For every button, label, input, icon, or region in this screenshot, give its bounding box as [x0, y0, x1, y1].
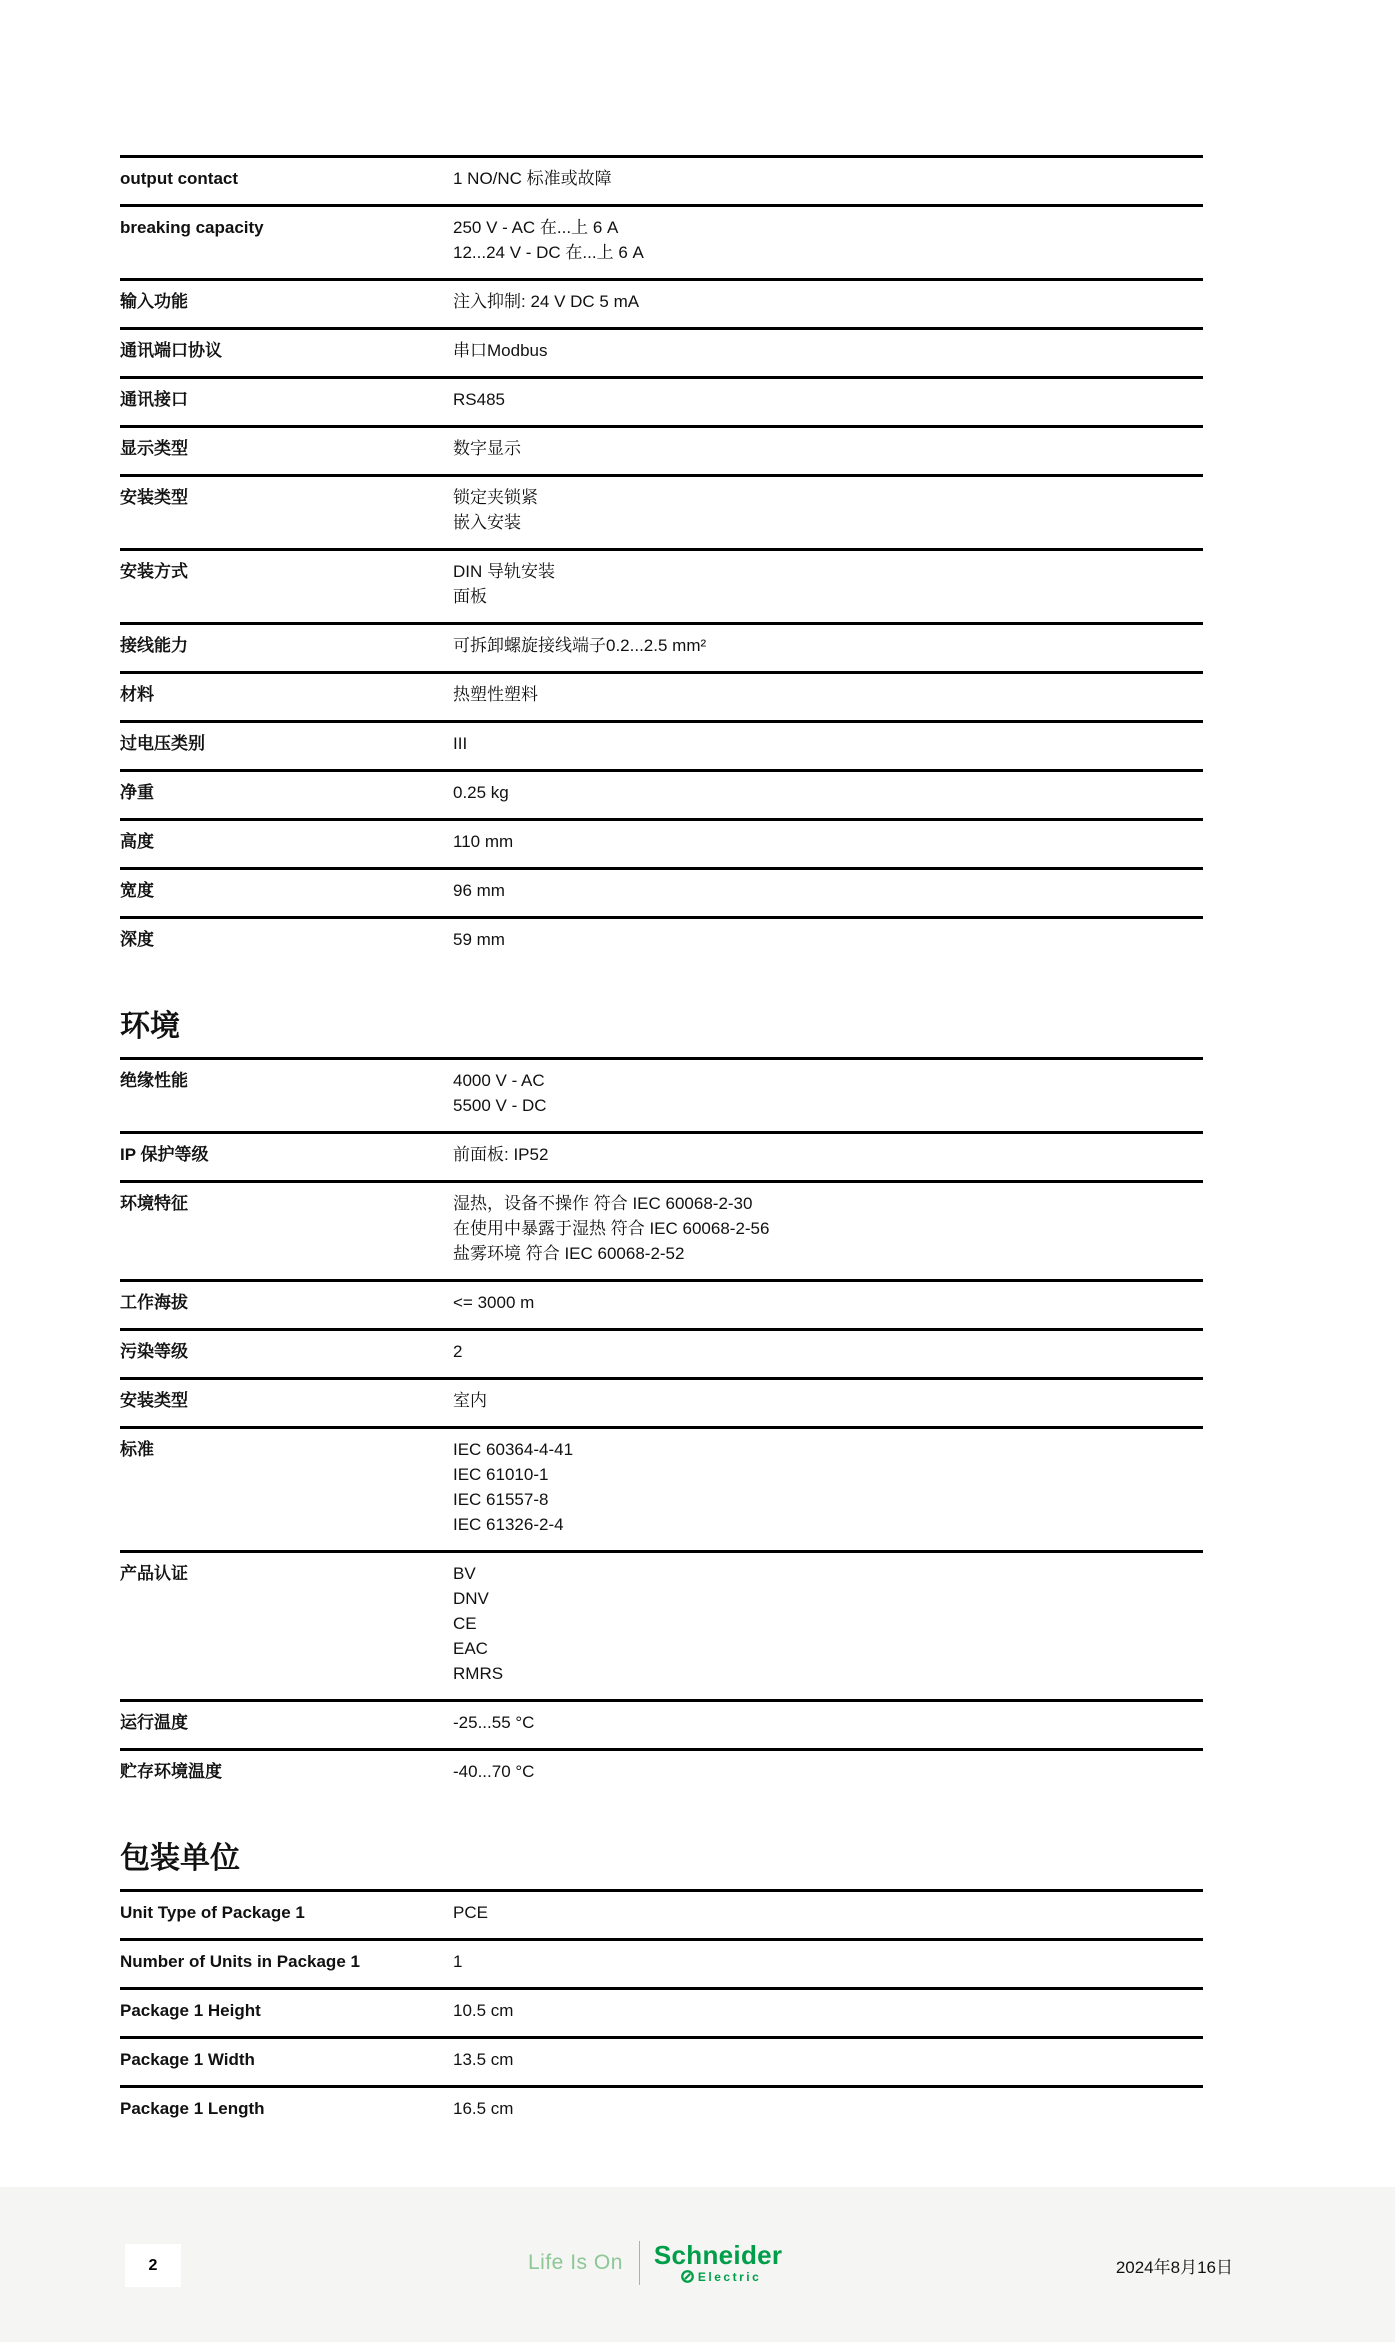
spec-label: 通讯接口: [120, 387, 453, 412]
spec-value: -40...70 °C: [453, 1759, 1203, 1784]
spec-values: 2: [453, 1339, 1203, 1364]
spec-value: 热塑性塑料: [453, 682, 1203, 707]
spec-label: 过电压类别: [120, 731, 453, 756]
spec-value: IEC 61010-1: [453, 1462, 1203, 1487]
spec-value: 注入抑制: 24 V DC 5 mA: [453, 289, 1203, 314]
spec-value: 锁定夹锁紧: [453, 485, 1203, 510]
life-is-on-tagline: Life Is On: [528, 2251, 623, 2275]
spec-label: IP 保护等级: [120, 1142, 453, 1167]
spec-row: Package 1 Height10.5 cm: [120, 1990, 1203, 2039]
spec-label: 输入功能: [120, 289, 453, 314]
spec-label: 标准: [120, 1437, 453, 1462]
spec-values: 13.5 cm: [453, 2047, 1203, 2072]
spec-values: 串口Modbus: [453, 338, 1203, 363]
spec-value: 5500 V - DC: [453, 1093, 1203, 1118]
spec-values: 10.5 cm: [453, 1998, 1203, 2023]
spec-label: Package 1 Length: [120, 2096, 453, 2121]
spec-value: 110 mm: [453, 829, 1203, 854]
spec-values: 室内: [453, 1388, 1203, 1413]
page-footer: 2 Life Is On Schneider Electric 2024年8月1…: [0, 2187, 1395, 2342]
spec-row: 通讯接口RS485: [120, 379, 1203, 428]
spec-row: Unit Type of Package 1PCE: [120, 1892, 1203, 1941]
datasheet-page: { "page": { "number": "2", "date": "2024…: [0, 0, 1395, 2342]
spec-value: 1 NO/NC 标准或故障: [453, 166, 1203, 191]
spec-values: <= 3000 m: [453, 1290, 1203, 1315]
page-number: 2: [149, 2257, 158, 2275]
spec-value: BV: [453, 1561, 1203, 1586]
section-heading: 环境: [120, 1009, 1203, 1045]
spec-values: 数字显示: [453, 436, 1203, 461]
spec-value: 250 V - AC 在...上 6 A: [453, 215, 1203, 240]
spec-label: 宽度: [120, 878, 453, 903]
spec-sections: output contact1 NO/NC 标准或故障breaking capa…: [120, 155, 1203, 2134]
spec-label: 高度: [120, 829, 453, 854]
spec-value: 2: [453, 1339, 1203, 1364]
spec-row: 安装类型锁定夹锁紧嵌入安装: [120, 477, 1203, 551]
spec-label: 污染等级: [120, 1339, 453, 1364]
spec-row: 深度59 mm: [120, 919, 1203, 965]
schneider-logo: Life Is On Schneider Electric: [528, 2239, 782, 2287]
spec-value: 1: [453, 1949, 1203, 1974]
spec-label: 产品认证: [120, 1561, 453, 1586]
spec-row: 输入功能注入抑制: 24 V DC 5 mA: [120, 281, 1203, 330]
spec-row: 污染等级2: [120, 1331, 1203, 1380]
page-number-badge: 2: [125, 2244, 181, 2287]
spec-row: 运行温度-25...55 °C: [120, 1702, 1203, 1751]
spec-row: Number of Units in Package 11: [120, 1941, 1203, 1990]
spec-label: 接线能力: [120, 633, 453, 658]
spec-label: breaking capacity: [120, 215, 453, 240]
spec-row: 标准IEC 60364-4-41IEC 61010-1IEC 61557-8IE…: [120, 1429, 1203, 1553]
spec-value: 前面板: IP52: [453, 1142, 1203, 1167]
spec-label: 绝缘性能: [120, 1068, 453, 1093]
spec-row: 贮存环境温度-40...70 °C: [120, 1751, 1203, 1797]
spec-values: 4000 V - AC5500 V - DC: [453, 1068, 1203, 1118]
spec-value: IEC 61557-8: [453, 1487, 1203, 1512]
spec-values: BVDNVCEEACRMRS: [453, 1561, 1203, 1686]
spec-table: 绝缘性能4000 V - AC5500 V - DCIP 保护等级前面板: IP…: [120, 1057, 1203, 1797]
spec-value: III: [453, 731, 1203, 756]
spec-values: 热塑性塑料: [453, 682, 1203, 707]
spec-label: 安装类型: [120, 485, 453, 510]
spec-row: 安装方式DIN 导轨安装面板: [120, 551, 1203, 625]
spec-label: 深度: [120, 927, 453, 952]
spec-values: PCE: [453, 1900, 1203, 1925]
spec-row: 工作海拔<= 3000 m: [120, 1282, 1203, 1331]
spec-row: 接线能力可拆卸螺旋接线端子0.2...2.5 mm²: [120, 625, 1203, 674]
spec-value: -25...55 °C: [453, 1710, 1203, 1735]
spec-row: 宽度96 mm: [120, 870, 1203, 919]
spec-row: 环境特征湿热，设备不操作 符合 IEC 60068-2-30在使用中暴露于湿热 …: [120, 1183, 1203, 1282]
spec-label: 净重: [120, 780, 453, 805]
brand-subline: Electric: [680, 2269, 761, 2284]
spec-value: 盐雾环境 符合 IEC 60068-2-52: [453, 1241, 1203, 1266]
spec-value: DNV: [453, 1586, 1203, 1611]
brand-sub: Electric: [698, 2271, 761, 2283]
spec-value: <= 3000 m: [453, 1290, 1203, 1315]
spec-label: 环境特征: [120, 1191, 453, 1216]
spec-label: Package 1 Width: [120, 2047, 453, 2072]
spec-value: EAC: [453, 1636, 1203, 1661]
spec-values: 59 mm: [453, 927, 1203, 952]
document-date: 2024年8月16日: [1116, 2253, 1233, 2278]
spec-values: 1 NO/NC 标准或故障: [453, 166, 1203, 191]
spec-value: 串口Modbus: [453, 338, 1203, 363]
spec-value: 16.5 cm: [453, 2096, 1203, 2121]
spec-value: IEC 61326-2-4: [453, 1512, 1203, 1537]
spec-value: 室内: [453, 1388, 1203, 1413]
spec-row: output contact1 NO/NC 标准或故障: [120, 158, 1203, 207]
section-heading: 包装单位: [120, 1841, 1203, 1877]
spec-values: -25...55 °C: [453, 1710, 1203, 1735]
spec-values: 注入抑制: 24 V DC 5 mA: [453, 289, 1203, 314]
spec-label: output contact: [120, 166, 453, 191]
schneider-helix-icon: [680, 2269, 695, 2284]
spec-value: 13.5 cm: [453, 2047, 1203, 2072]
spec-values: IEC 60364-4-41IEC 61010-1IEC 61557-8IEC …: [453, 1437, 1203, 1537]
spec-value: 0.25 kg: [453, 780, 1203, 805]
spec-values: 可拆卸螺旋接线端子0.2...2.5 mm²: [453, 633, 1203, 658]
spec-row: 过电压类别III: [120, 723, 1203, 772]
spec-value: 面板: [453, 584, 1203, 609]
spec-label: 贮存环境温度: [120, 1759, 453, 1784]
spec-row: 安装类型室内: [120, 1380, 1203, 1429]
spec-label: 工作海拔: [120, 1290, 453, 1315]
spec-row: 通讯端口协议串口Modbus: [120, 330, 1203, 379]
spec-value: DIN 导轨安装: [453, 559, 1203, 584]
brand-name: Schneider: [654, 2242, 782, 2268]
spec-row: 材料热塑性塑料: [120, 674, 1203, 723]
spec-values: 前面板: IP52: [453, 1142, 1203, 1167]
spec-row: 高度110 mm: [120, 821, 1203, 870]
spec-row: IP 保护等级前面板: IP52: [120, 1134, 1203, 1183]
spec-label: 安装类型: [120, 1388, 453, 1413]
spec-row: Package 1 Width13.5 cm: [120, 2039, 1203, 2088]
spec-value: 可拆卸螺旋接线端子0.2...2.5 mm²: [453, 633, 1203, 658]
spec-values: 湿热，设备不操作 符合 IEC 60068-2-30在使用中暴露于湿热 符合 I…: [453, 1191, 1203, 1266]
spec-label: 材料: [120, 682, 453, 707]
spec-label: Number of Units in Package 1: [120, 1949, 453, 1974]
spec-values: 1: [453, 1949, 1203, 1974]
spec-label: 通讯端口协议: [120, 338, 453, 363]
schneider-wordmark: Schneider Electric: [654, 2242, 782, 2284]
spec-label: Package 1 Height: [120, 1998, 453, 2023]
spec-row: Package 1 Length16.5 cm: [120, 2088, 1203, 2134]
spec-table: Unit Type of Package 1PCENumber of Units…: [120, 1889, 1203, 2134]
spec-values: 16.5 cm: [453, 2096, 1203, 2121]
spec-values: 0.25 kg: [453, 780, 1203, 805]
spec-value: PCE: [453, 1900, 1203, 1925]
spec-table: output contact1 NO/NC 标准或故障breaking capa…: [120, 155, 1203, 965]
spec-label: 安装方式: [120, 559, 453, 584]
spec-label: Unit Type of Package 1: [120, 1900, 453, 1925]
spec-label: 运行温度: [120, 1710, 453, 1735]
spec-row: 绝缘性能4000 V - AC5500 V - DC: [120, 1060, 1203, 1134]
spec-values: 110 mm: [453, 829, 1203, 854]
spec-value: 数字显示: [453, 436, 1203, 461]
spec-label: 显示类型: [120, 436, 453, 461]
spec-value: 在使用中暴露于湿热 符合 IEC 60068-2-56: [453, 1216, 1203, 1241]
spec-value: 96 mm: [453, 878, 1203, 903]
spec-value: 湿热，设备不操作 符合 IEC 60068-2-30: [453, 1191, 1203, 1216]
spec-value: IEC 60364-4-41: [453, 1437, 1203, 1462]
spec-value: RS485: [453, 387, 1203, 412]
spec-value: 59 mm: [453, 927, 1203, 952]
spec-row: 显示类型数字显示: [120, 428, 1203, 477]
spec-values: III: [453, 731, 1203, 756]
spec-values: RS485: [453, 387, 1203, 412]
spec-values: 96 mm: [453, 878, 1203, 903]
spec-row: 产品认证BVDNVCEEACRMRS: [120, 1553, 1203, 1702]
spec-values: DIN 导轨安装面板: [453, 559, 1203, 609]
spec-value: 12...24 V - DC 在...上 6 A: [453, 240, 1203, 265]
logo-divider: [639, 2241, 640, 2285]
spec-values: 锁定夹锁紧嵌入安装: [453, 485, 1203, 535]
spec-row: breaking capacity250 V - AC 在...上 6 A12.…: [120, 207, 1203, 281]
spec-values: -40...70 °C: [453, 1759, 1203, 1784]
spec-value: CE: [453, 1611, 1203, 1636]
spec-value: 4000 V - AC: [453, 1068, 1203, 1093]
spec-values: 250 V - AC 在...上 6 A12...24 V - DC 在...上…: [453, 215, 1203, 265]
spec-value: 嵌入安装: [453, 510, 1203, 535]
spec-row: 净重0.25 kg: [120, 772, 1203, 821]
spec-value: RMRS: [453, 1661, 1203, 1686]
spec-value: 10.5 cm: [453, 1998, 1203, 2023]
